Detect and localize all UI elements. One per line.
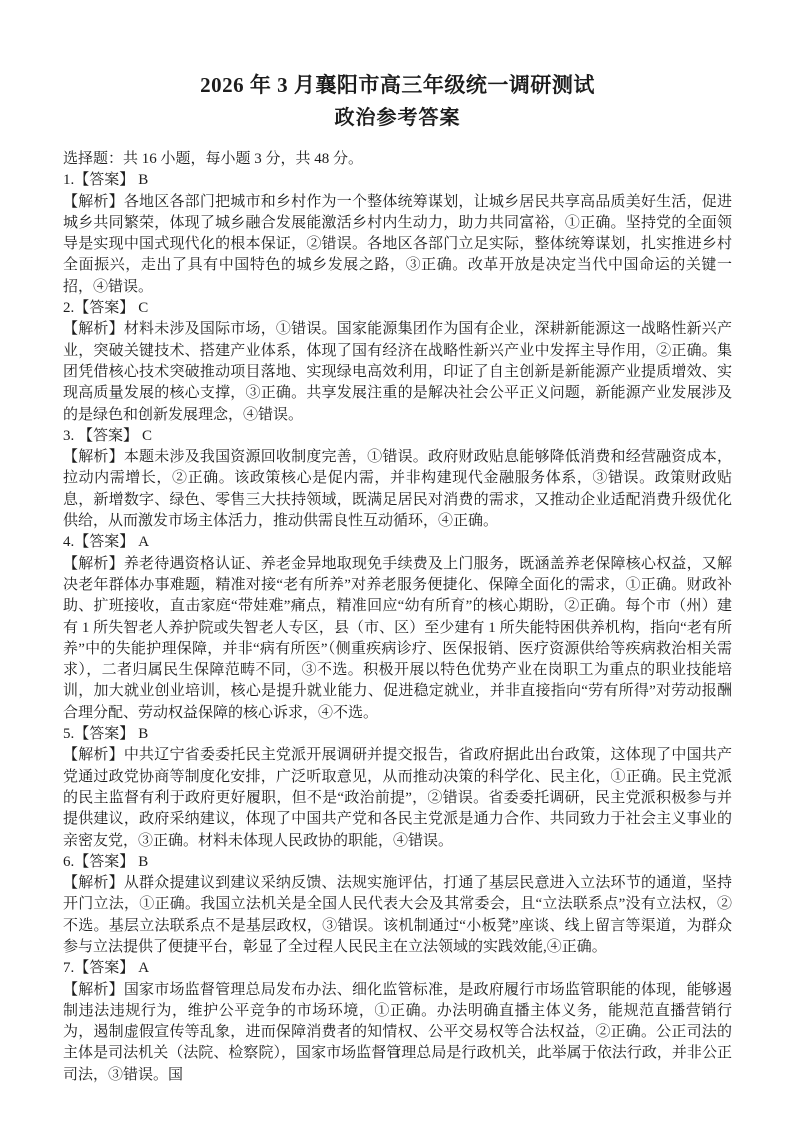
analysis-label: 【解析】 <box>63 747 124 763</box>
answer-label: 【答案】 <box>74 854 134 870</box>
answer-line-1: 1.【答案】B <box>63 170 732 191</box>
document-subtitle: 政治参考答案 <box>63 104 732 132</box>
analysis-paragraph-1: 【解析】各地区各部门把城市和乡村作为一个整体统筹谋划，让城乡居民共享高品质美好生… <box>63 192 732 298</box>
analysis-text: 国家市场监督管理总局发布办法、细化监管标准，是政府履行市场监管职能的体现，能够遏… <box>63 982 732 1083</box>
page-number: 1 <box>0 1045 795 1061</box>
analysis-paragraph-2: 【解析】材料未涉及国际市场，①错误。国家能源集团作为国有企业，深耕新能源这一战略… <box>63 319 732 425</box>
answer-line-5: 5.【答案】B <box>63 724 732 745</box>
question-number: 1. <box>63 172 74 188</box>
question-number: 4. <box>63 534 74 550</box>
answer-value: B <box>138 172 148 188</box>
analysis-text: 本题未涉及我国资源回收制度完善，①错误。政府财政贴息能够降低消费和经营融资成本，… <box>63 449 732 529</box>
answer-line-4: 4.【答案】A <box>63 532 732 553</box>
analysis-text: 养老待遇资格认证、养老金异地取现免手续费及上门服务，既涵盖养老保障核心权益，又解… <box>63 556 732 721</box>
analysis-label: 【解析】 <box>63 556 124 572</box>
analysis-paragraph-3: 【解析】本题未涉及我国资源回收制度完善，①错误。政府财政贴息能够降低消费和经营融… <box>63 447 732 532</box>
question-number: 2. <box>63 300 74 316</box>
analysis-text: 材料未涉及国际市场，①错误。国家能源集团作为国有企业，深耕新能源这一战略性新兴产… <box>63 321 732 422</box>
analysis-label: 【解析】 <box>63 194 124 210</box>
answer-value: B <box>138 854 148 870</box>
answer-value: A <box>138 960 149 976</box>
document-title: 2026 年 3 月襄阳市高三年级统一调研测试 <box>63 70 732 100</box>
answer-label: 【答案】 <box>74 300 134 316</box>
question-number: 5. <box>63 726 74 742</box>
analysis-paragraph-4: 【解析】养老待遇资格认证、养老金异地取现免手续费及上门服务，既涵盖养老保障核心权… <box>63 554 732 724</box>
question-number: 6. <box>63 854 74 870</box>
section-intro: 选择题：共 16 小题，每小题 3 分，共 48 分。 <box>63 149 732 170</box>
analysis-label: 【解析】 <box>63 875 124 891</box>
answer-value: C <box>142 428 152 444</box>
answer-line-6: 6.【答案】B <box>63 852 732 873</box>
analysis-label: 【解析】 <box>63 321 124 337</box>
answer-label: 【答案】 <box>74 172 134 188</box>
analysis-text: 中共辽宁省委委托民主党派开展调研并提交报告，省政府据此出台政策，这体现了中国共产… <box>63 747 732 848</box>
answer-label: 【答案】 <box>78 428 138 444</box>
document-page: 2026 年 3 月襄阳市高三年级统一调研测试 政治参考答案 选择题：共 16 … <box>0 0 795 1123</box>
answer-value: A <box>138 534 149 550</box>
question-number: 7. <box>63 960 74 976</box>
analysis-text: 从群众提建议到建议采纳反馈、法规实施评估，打通了基层民意进入立法环节的通道，坚持… <box>63 875 732 955</box>
answer-label: 【答案】 <box>74 960 134 976</box>
analysis-label: 【解析】 <box>63 982 124 998</box>
analysis-paragraph-5: 【解析】中共辽宁省委委托民主党派开展调研并提交报告，省政府据此出台政策，这体现了… <box>63 745 732 851</box>
answer-value: B <box>138 726 148 742</box>
analysis-text: 各地区各部门把城市和乡村作为一个整体统筹谋划，让城乡居民共享高品质美好生活，促进… <box>63 194 732 295</box>
answer-label: 【答案】 <box>74 534 134 550</box>
document-body: 选择题：共 16 小题，每小题 3 分，共 48 分。 1.【答案】B 【解析】… <box>63 149 732 1086</box>
answer-label: 【答案】 <box>74 726 134 742</box>
answer-value: C <box>138 300 148 316</box>
answer-line-3: 3. 【答案】C <box>63 426 732 447</box>
analysis-label: 【解析】 <box>63 449 124 465</box>
answer-line-2: 2.【答案】C <box>63 298 732 319</box>
answer-line-7: 7.【答案】A <box>63 958 732 979</box>
analysis-paragraph-6: 【解析】从群众提建议到建议采纳反馈、法规实施评估，打通了基层民意进入立法环节的通… <box>63 873 732 958</box>
question-number: 3. <box>63 428 78 444</box>
analysis-paragraph-7: 【解析】国家市场监督管理总局发布办法、细化监管标准，是政府履行市场监管职能的体现… <box>63 980 732 1086</box>
